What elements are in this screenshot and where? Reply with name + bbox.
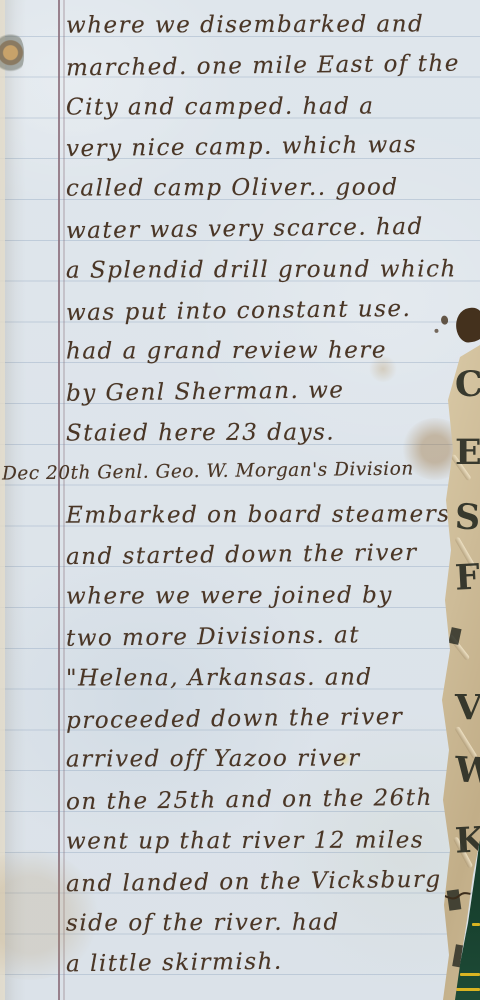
manuscript-line: had a grand review here (66, 338, 387, 365)
manuscript-line: very nice camp. which was (66, 132, 417, 162)
clipping-print-fragment (448, 627, 461, 645)
manuscript-line: two more Divisions. at (66, 622, 360, 652)
manuscript-line: Dec 20th Genl. Geo. W. Morgan's Division (2, 458, 414, 484)
manuscript-line: marched. one mile East of the (66, 50, 460, 81)
manuscript-line: and started down the river (66, 540, 418, 570)
cover-gold-line (456, 988, 480, 991)
clipping-letter: K (454, 822, 480, 859)
manuscript-line: called camp Oliver.. good (66, 175, 399, 202)
manuscript-line: a Splendid drill ground which (66, 256, 457, 283)
manuscript-text: where we disembarked andmarched. one mil… (0, 0, 480, 1000)
manuscript-line: "Helena, Arkansas. and (66, 664, 373, 691)
manuscript-line: side of the river. had (66, 909, 340, 936)
cover-gold-line (460, 973, 480, 976)
manuscript-line: and landed on the Vicksburg (66, 867, 442, 898)
manuscript-line: went up that river 12 miles (66, 827, 424, 854)
manuscript-line: City and camped. had a (66, 93, 375, 120)
manuscript-line: arrived off Yazoo river (66, 746, 361, 773)
clipping-letter: E (455, 435, 480, 470)
manuscript-line: Embarked on board steamers (66, 501, 451, 528)
clipping-letter: W (454, 752, 480, 789)
clipping-letter: C (454, 366, 480, 403)
manuscript-line: by Genl Sherman. we (66, 377, 345, 406)
manuscript-line: on the 25th and on the 26th (66, 785, 433, 815)
manuscript-line: a little skirmish. (66, 949, 283, 978)
manuscript-line: proceeded down the river (66, 704, 404, 734)
manuscript-line: was put into constant use. (66, 295, 412, 325)
clipping-letter: F (454, 559, 480, 596)
manuscript-line: where we disembarked and (66, 11, 424, 38)
clipping-letter: V (455, 690, 480, 725)
manuscript-line: Staied here 23 days. (66, 420, 335, 447)
diary-page: where we disembarked andmarched. one mil… (0, 0, 480, 1000)
cover-gold-line (472, 923, 480, 926)
manuscript-line: water was very scarce. had (66, 214, 424, 244)
clipping-letter: S (454, 499, 480, 536)
manuscript-line: where we were joined by (66, 583, 393, 610)
